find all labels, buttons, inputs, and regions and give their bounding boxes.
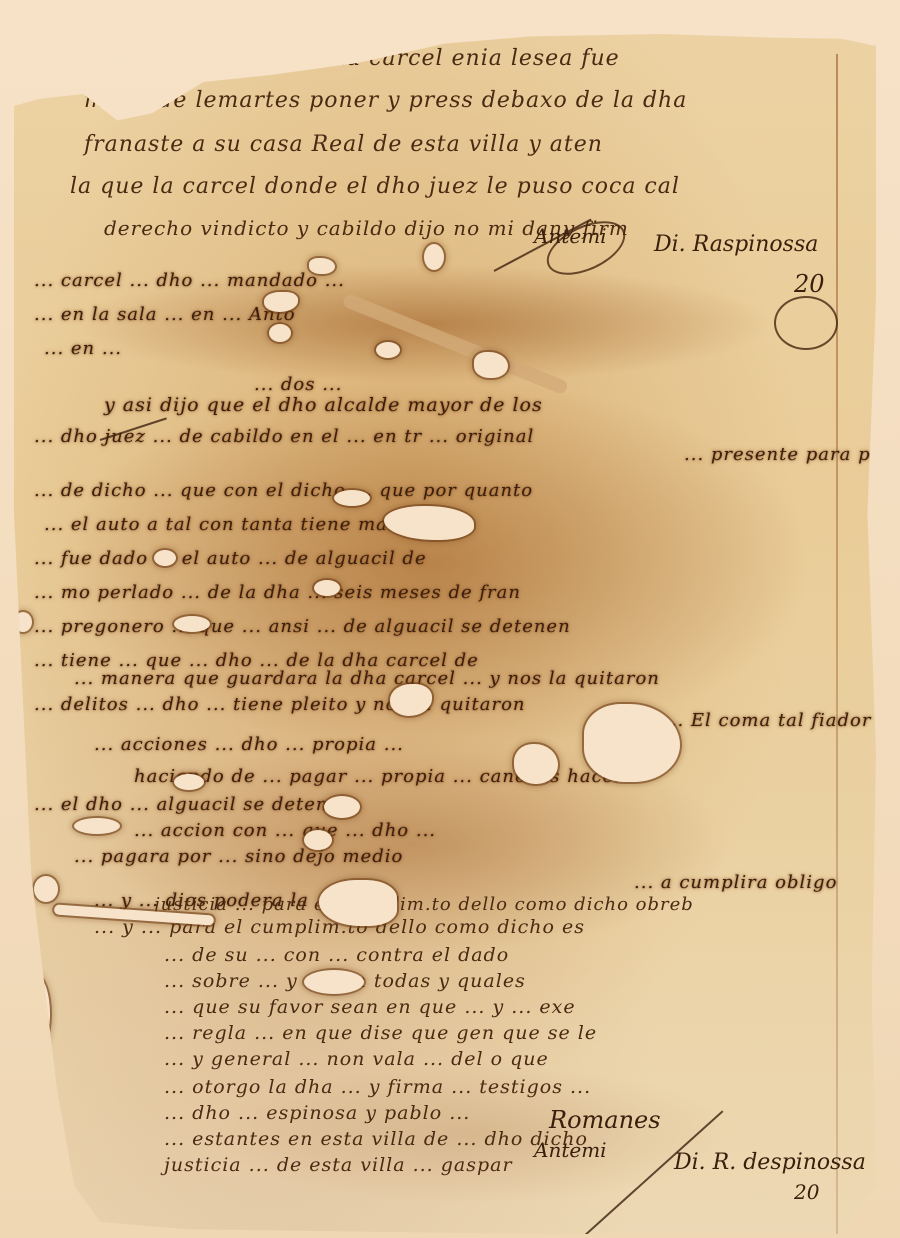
text-line: ... de dicho ... que con el dicho ... qu…	[34, 480, 533, 501]
paper-hole	[269, 324, 291, 342]
text-line: ... acciones ... dho ... propia ...	[94, 734, 404, 755]
paper-hole	[304, 970, 364, 994]
text-line: ... carcel ... dho ... mandado ...	[34, 270, 345, 291]
text-line: ... a cumplira obligo	[634, 872, 837, 893]
paper-hole	[74, 818, 120, 834]
paper-hole	[514, 744, 558, 784]
text-line: ... dho ... espinosa y pablo ...	[164, 1102, 470, 1124]
paper-hole	[34, 876, 58, 902]
text-line: justicia ... para el cumplim.to dello co…	[154, 894, 694, 915]
paper-hole	[309, 258, 335, 274]
text-line: ... estantes en esta villa de ... dho di…	[164, 1128, 588, 1150]
text-line: ... en ...	[44, 338, 122, 359]
signature-number: 20	[794, 1180, 819, 1204]
paper-hole	[174, 616, 210, 632]
text-line: ... manera que guardara la dha carcel ..…	[74, 668, 660, 689]
text-line: ... el dho ... alguacil se detene	[34, 794, 340, 815]
signature-number: 20	[794, 270, 825, 298]
text-line: ... pagara por ... sino dejo medio	[74, 846, 403, 867]
text-line: la que la carcel donde el dho juez le pu…	[70, 174, 680, 199]
paper-hole	[314, 580, 340, 596]
text-line: ... fue dado ... el auto ... de alguacil…	[34, 548, 427, 569]
signature-espinosa: Di. R. despinossa	[674, 1150, 866, 1175]
text-line: ... El coma tal fiador	[664, 710, 872, 731]
paper-hole	[319, 880, 397, 926]
text-line: ... y general ... non vala ... del o que	[164, 1048, 549, 1070]
text-line: y asi dijo que el dho alcalde mayor de l…	[104, 394, 543, 416]
text-line: ... pregonero ... que ... ansi ... de al…	[34, 616, 571, 637]
paper-hole	[584, 704, 680, 782]
text-line: ... presente para par	[684, 444, 892, 465]
text-line: ... que su favor sean en que ... y ... e…	[164, 996, 576, 1018]
text-line: ... accion con ... que ... dho ...	[134, 820, 436, 841]
text-line: ... de su ... con ... contra el dado	[164, 944, 509, 966]
paper-hole	[324, 796, 360, 818]
signature-antemi: Antemi	[534, 224, 607, 248]
paper-hole	[474, 352, 508, 378]
text-line: ... dos ...	[254, 374, 342, 395]
text-line: justicia ... de esta villa ... gaspar	[164, 1154, 513, 1176]
paper-hole	[424, 244, 444, 270]
text-line: ... otorgo la dha ... y firma ... testig…	[164, 1076, 591, 1098]
text-line: ... en la sala ... en ... Anto	[34, 304, 296, 325]
paper-fold-line	[836, 54, 838, 1234]
manuscript-page: mos dava nand e la dha carcel enia lesea…	[14, 34, 876, 1234]
pen-flourish	[774, 296, 838, 350]
text-line: franaste a su casa Real de esta villa y …	[84, 132, 603, 157]
signature-espinosa: Di. Raspinossa	[654, 232, 818, 257]
paper-hole	[304, 830, 332, 850]
text-line: ... delitos ... dho ... tiene pleito y n…	[34, 694, 526, 715]
paper-hole	[376, 342, 400, 358]
text-line: ... regla ... en que dise que gen que se…	[164, 1022, 597, 1044]
paper-hole	[174, 774, 204, 790]
signature-antemi: Antemi	[534, 1138, 607, 1162]
paper-hole	[154, 550, 176, 566]
signature-romanes: Romanes	[549, 1106, 661, 1134]
text-line: ... mo perlado ... de la dha ... seis me…	[34, 582, 521, 603]
paper-hole	[334, 490, 370, 506]
